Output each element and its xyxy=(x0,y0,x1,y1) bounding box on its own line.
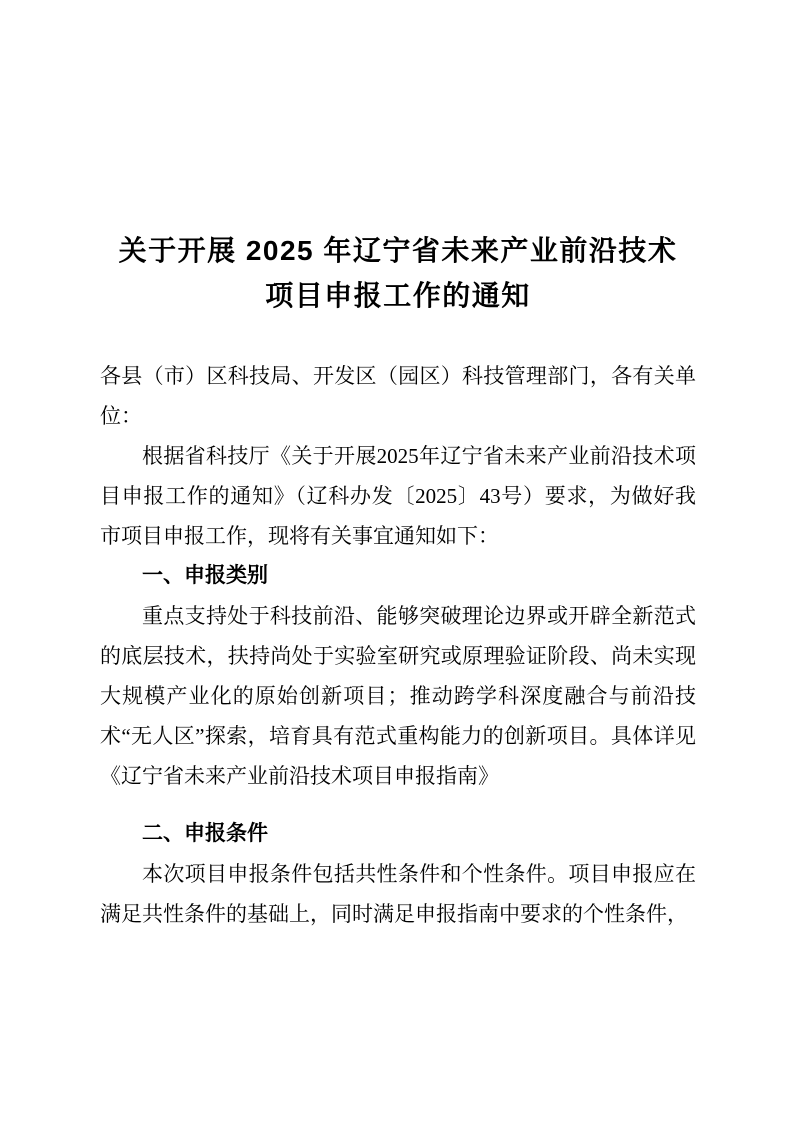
document-title-line-2: 项目申报工作的通知 xyxy=(100,273,696,318)
intro-paragraph: 根据省科技厅《关于开展2025年辽宁省未来产业前沿技术项目申报工作的通知》（辽科… xyxy=(100,436,696,556)
section-heading-2: 二、申报条件 xyxy=(100,814,696,854)
salutation-paragraph: 各县（市）区科技局、开发区（园区）科技管理部门，各有关单位： xyxy=(100,356,696,436)
document-title: 关于开展 2025 年辽宁省未来产业前沿技术 项目申报工作的通知 xyxy=(100,228,696,318)
section-heading-1: 一、申报类别 xyxy=(100,556,696,596)
document-page: 关于开展 2025 年辽宁省未来产业前沿技术 项目申报工作的通知 各县（市）区科… xyxy=(0,0,794,1123)
document-body: 各县（市）区科技局、开发区（园区）科技管理部门，各有关单位： 根据省科技厅《关于… xyxy=(100,356,696,934)
document-title-line-1: 关于开展 2025 年辽宁省未来产业前沿技术 xyxy=(100,228,696,273)
document-content: 关于开展 2025 年辽宁省未来产业前沿技术 项目申报工作的通知 各县（市）区科… xyxy=(0,0,794,934)
section-body-2: 本次项目申报条件包括共性条件和个性条件。项目申报应在满足共性条件的基础上，同时满… xyxy=(100,854,696,934)
section-body-1: 重点支持处于科技前沿、能够突破理论边界或开辟全新范式 的底层技术，扶持尚处于实验… xyxy=(100,596,696,796)
